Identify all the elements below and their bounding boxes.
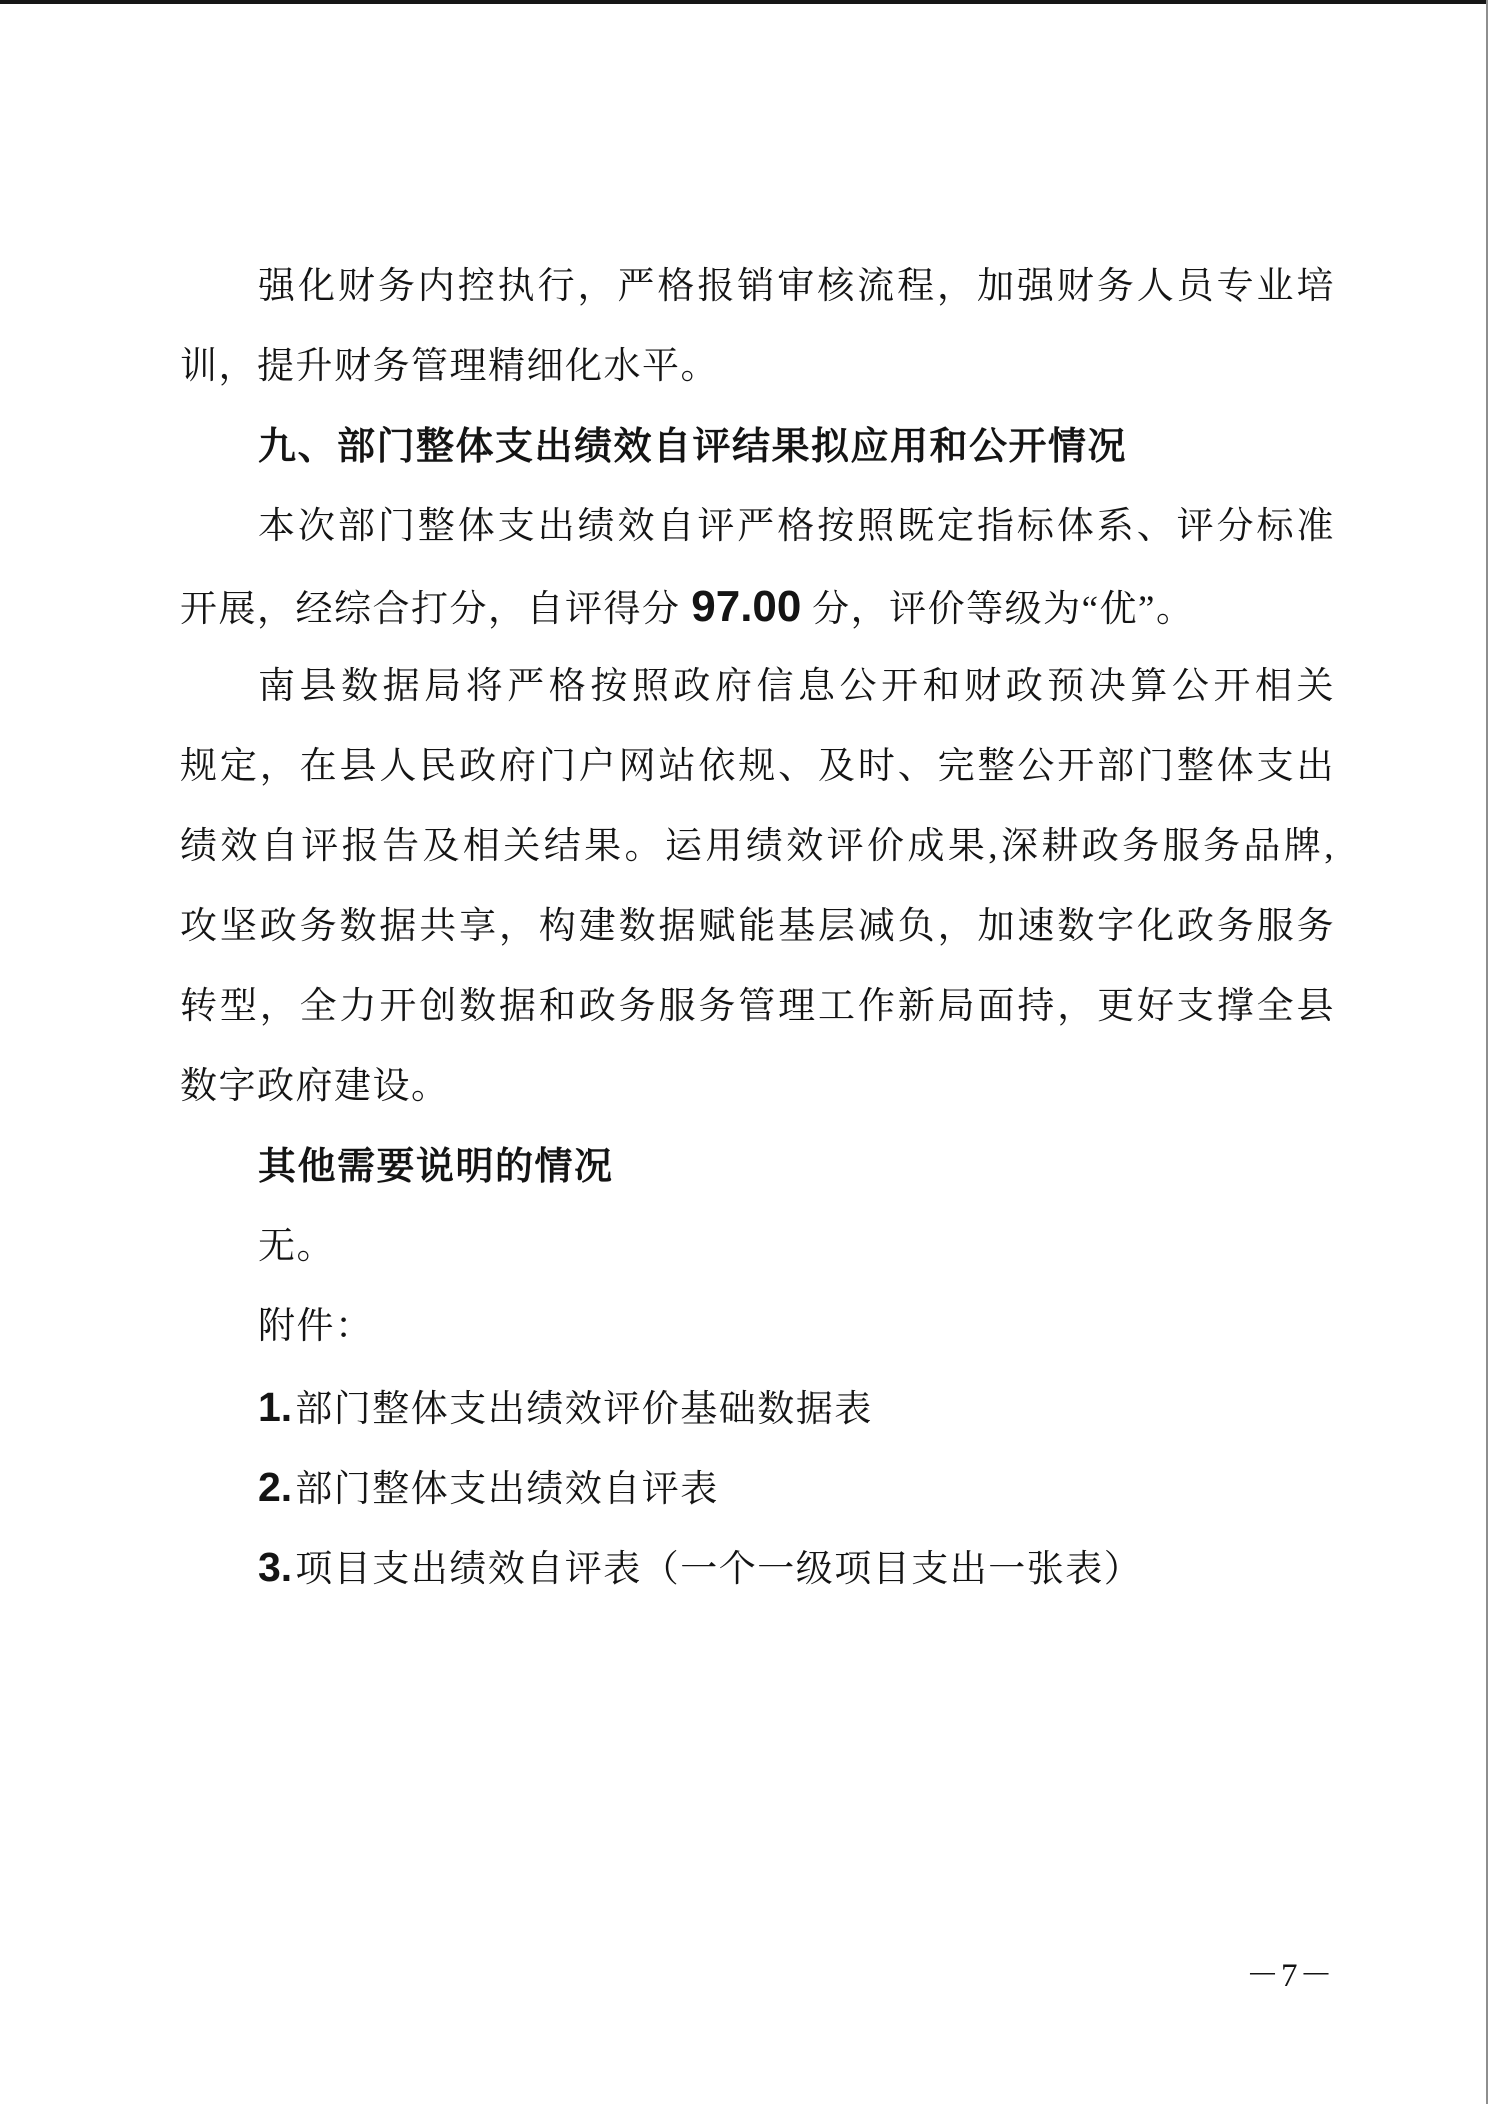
other-notes-heading: 其他需要说明的情况: [180, 1127, 1335, 1207]
attachment-title: 部门整体支出绩效自评表: [295, 1469, 719, 1510]
score-line: 开展，经综合打分，自评得分 97.00 分，评价等级为“优”。: [180, 567, 1335, 647]
attachment-number: 1.: [258, 1384, 292, 1430]
attachment-item: 2.部门整体支出绩效自评表: [180, 1447, 1335, 1527]
attachment-title: 部门整体支出绩效评价基础数据表: [295, 1389, 873, 1430]
score-line-before: 开展，经综合打分，自评得分: [180, 589, 691, 630]
paragraph-line: 本次部门整体支出绩效自评严格按照既定指标体系、评分标准: [180, 487, 1335, 567]
attachment-number: 3.: [258, 1544, 292, 1590]
attachment-item: 3.项目支出绩效自评表（一个一级项目支出一张表）: [180, 1527, 1335, 1607]
paragraph-line: 规定，在县人民政府门户网站依规、及时、完整公开部门整体支出: [180, 727, 1335, 807]
paragraph-line: 数字政府建设。: [180, 1047, 1335, 1127]
section-9-heading: 九、部门整体支出绩效自评结果拟应用和公开情况: [180, 407, 1335, 487]
self-score-value: 97.00: [691, 582, 801, 631]
paragraph-line: 攻坚政务数据共享，构建数据赋能基层减负，加速数字化政务服务: [180, 887, 1335, 967]
score-line-after: 分，评价等级为“优”。: [801, 589, 1194, 630]
other-notes-body: 无。: [180, 1207, 1335, 1287]
document-page: 强化财务内控执行，严格报销审核流程，加强财务人员专业培 训，提升财务管理精细化水…: [0, 0, 1488, 2104]
paragraph-line: 强化财务内控执行，严格报销审核流程，加强财务人员专业培: [180, 247, 1335, 327]
page-number: －7－: [1246, 1954, 1335, 1998]
attachment-item: 1.部门整体支出绩效评价基础数据表: [180, 1367, 1335, 1447]
paragraph-line: 绩效自评报告及相关结果。运用绩效评价成果,深耕政务服务品牌,: [180, 807, 1335, 887]
attachment-number: 2.: [258, 1464, 292, 1510]
document-body: 强化财务内控执行，严格报销审核流程，加强财务人员专业培 训，提升财务管理精细化水…: [180, 247, 1335, 1607]
paragraph-line: 南县数据局将严格按照政府信息公开和财政预决算公开相关: [180, 647, 1335, 727]
paragraph-line: 训，提升财务管理精细化水平。: [180, 327, 1335, 407]
attachment-title: 项目支出绩效自评表（一个一级项目支出一张表）: [295, 1549, 1142, 1590]
paragraph-line: 转型，全力开创数据和政务服务管理工作新局面持，更好支撑全县: [180, 967, 1335, 1047]
attachments-label: 附件：: [180, 1287, 1335, 1367]
page-top-edge: [0, 0, 1488, 4]
